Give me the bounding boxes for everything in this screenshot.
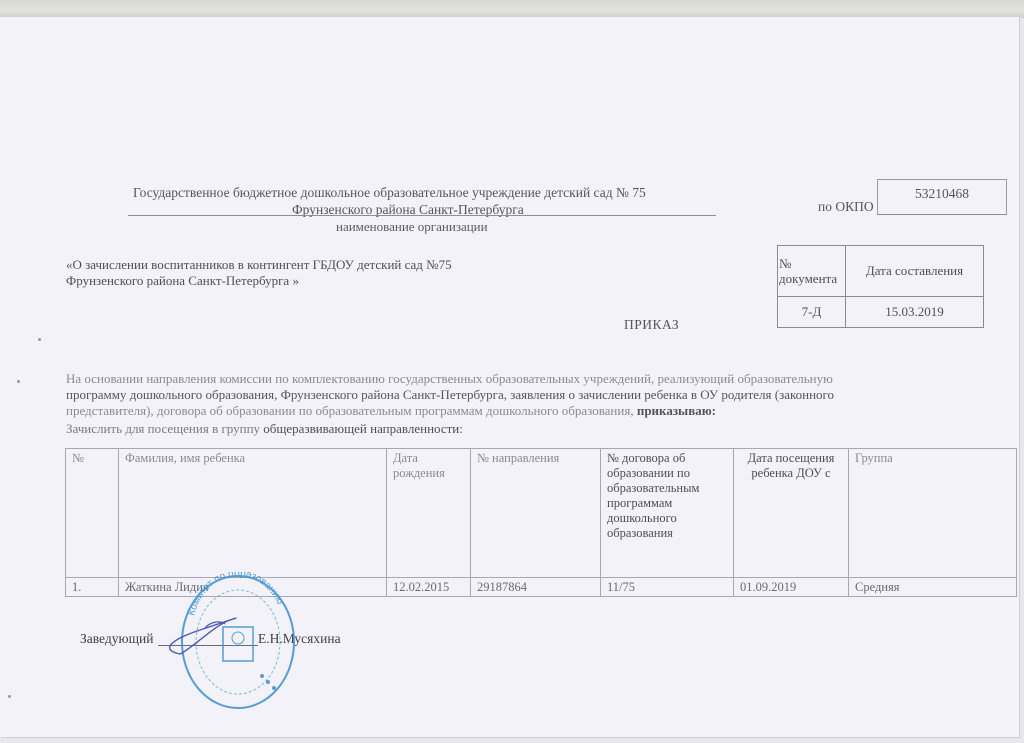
signatory-name: Е.Н.Мусяхина	[258, 631, 341, 647]
signatory-position: Заведующий	[80, 631, 153, 647]
enroll-statement: Зачислить для посещения в группу общераз…	[66, 421, 463, 437]
header-birth-date: Дата рождения	[387, 449, 471, 578]
subject-line2: Фрунзенского района Санкт-Петербурга »	[66, 273, 452, 289]
table-row: 1. Жаткина Лидия 12.02.2015 29187864 11/…	[66, 578, 1017, 597]
document-title: ПРИКАЗ	[624, 317, 679, 333]
scan-speck	[17, 380, 20, 383]
body-line3-text: представителя), договора об образовании …	[66, 403, 637, 418]
okpo-code-box: 53210468	[877, 179, 1007, 215]
organization-underline	[128, 215, 716, 216]
table-header-row: № Фамилия, имя ребенка Дата рождения № н…	[66, 449, 1017, 578]
document-info-table: № документа Дата составления 7-Д 15.03.2…	[777, 245, 984, 328]
enroll-text: Зачислить для посещения в группу	[66, 421, 263, 436]
cell-attendance-date: 01.09.2019	[734, 578, 849, 597]
doc-date-header: Дата составления	[846, 246, 984, 297]
header-child-name: Фамилия, имя ребенка	[119, 449, 387, 578]
order-subject: «О зачислении воспитанников в контингент…	[66, 257, 452, 289]
body-line1: На основании направления комиссии по ком…	[66, 371, 996, 387]
header-number: №	[66, 449, 119, 578]
cell-referral-number: 29187864	[471, 578, 601, 597]
enroll-group-type: общеразвивающей направленности:	[263, 421, 463, 436]
header-group: Группа	[849, 449, 1017, 578]
children-table: № Фамилия, имя ребенка Дата рождения № н…	[65, 448, 1017, 597]
organization-name-line1: Государственное бюджетное дошкольное обр…	[133, 185, 646, 201]
doc-number-header: № документа	[778, 246, 846, 297]
header-contract-number: № договора об образовании по образовател…	[601, 449, 734, 578]
doc-date-value: 15.03.2019	[846, 297, 984, 328]
cell-group: Средняя	[849, 578, 1017, 597]
cell-contract-number: 11/75	[601, 578, 734, 597]
organization-caption: наименование организации	[336, 219, 488, 235]
signature-line	[158, 645, 258, 646]
cell-child-name: Жаткина Лидия	[119, 578, 387, 597]
header-attendance-date: Дата посещения ребенка ДОУ с	[734, 449, 849, 578]
cell-number: 1.	[66, 578, 119, 597]
doc-number-value: 7-Д	[778, 297, 846, 328]
scan-speck	[38, 338, 41, 341]
order-verb: приказываю:	[637, 403, 716, 418]
scan-speck	[8, 695, 11, 698]
cell-birth-date: 12.02.2015	[387, 578, 471, 597]
scanner-edge	[0, 0, 1024, 18]
order-body: На основании направления комиссии по ком…	[66, 371, 996, 419]
header-referral-number: № направления	[471, 449, 601, 578]
body-line2: программу дошкольного образования, Фрунз…	[66, 387, 996, 403]
subject-line1: «О зачислении воспитанников в контингент…	[66, 257, 452, 273]
body-line3: представителя), договора об образовании …	[66, 403, 996, 419]
okpo-label: по ОКПО	[818, 199, 874, 215]
